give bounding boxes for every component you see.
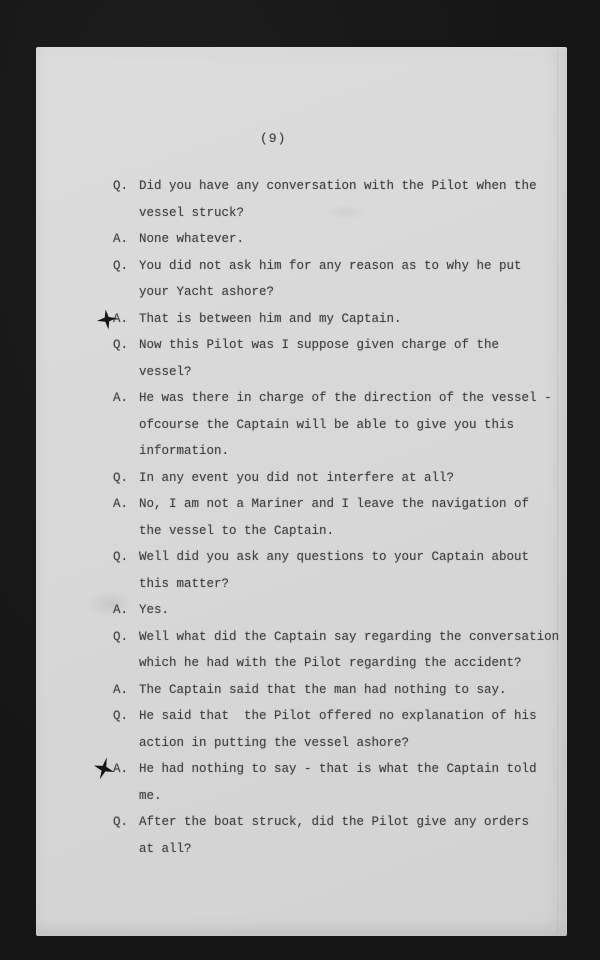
qa-text: None whatever. <box>139 226 563 253</box>
qa-entry: A.He had nothing to say - that is what t… <box>113 756 563 809</box>
qa-line: this matter? <box>139 571 563 598</box>
qa-entry: A.None whatever. <box>113 226 563 253</box>
qa-text: Well did you ask any questions to your C… <box>139 544 563 597</box>
qa-entry: A.No, I am not a Mariner and I leave the… <box>113 491 563 544</box>
qa-line: information. <box>139 438 563 465</box>
qa-text: That is between him and my Captain. <box>139 306 563 333</box>
qa-text: He had nothing to say - that is what the… <box>139 756 563 809</box>
qa-line: No, I am not a Mariner and I leave the n… <box>139 491 563 518</box>
qa-line: vessel? <box>139 359 563 386</box>
qa-line: action in putting the vessel ashore? <box>139 730 563 757</box>
qa-line: Well did you ask any questions to your C… <box>139 544 563 571</box>
qa-text: He said that the Pilot offered no explan… <box>139 703 563 756</box>
transcript-body: Q.Did you have any conversation with the… <box>113 173 563 862</box>
qa-speaker-label: Q. <box>113 544 139 597</box>
qa-entry: A.He was there in charge of the directio… <box>113 385 563 465</box>
qa-speaker-label: Q. <box>113 253 139 306</box>
page-number: (9) <box>260 131 286 146</box>
qa-line: ofcourse the Captain will be able to giv… <box>139 412 563 439</box>
qa-text: The Captain said that the man had nothin… <box>139 677 563 704</box>
qa-line: Did you have any conversation with the P… <box>139 173 563 200</box>
qa-line: The Captain said that the man had nothin… <box>139 677 563 704</box>
qa-text: In any event you did not interfere at al… <box>139 465 563 492</box>
qa-line: me. <box>139 783 563 810</box>
qa-entry: A.The Captain said that the man had noth… <box>113 677 563 704</box>
qa-speaker-label: Q. <box>113 703 139 756</box>
qa-speaker-label: Q. <box>113 624 139 677</box>
qa-speaker-label: A. <box>113 491 139 544</box>
qa-speaker-label: Q. <box>113 465 139 492</box>
qa-speaker-label: A. <box>113 385 139 465</box>
qa-entry: Q.He said that the Pilot offered no expl… <box>113 703 563 756</box>
qa-entry: A.That is between him and my Captain. <box>113 306 563 333</box>
qa-line: at all? <box>139 836 563 863</box>
qa-text: No, I am not a Mariner and I leave the n… <box>139 491 563 544</box>
qa-line: You did not ask him for any reason as to… <box>139 253 563 280</box>
qa-entry: A.Yes. <box>113 597 563 624</box>
qa-entry: Q.After the boat struck, did the Pilot g… <box>113 809 563 862</box>
qa-line: Yes. <box>139 597 563 624</box>
qa-speaker-label: Q. <box>113 809 139 862</box>
qa-text: Yes. <box>139 597 563 624</box>
qa-entry: Q.You did not ask him for any reason as … <box>113 253 563 306</box>
qa-line: That is between him and my Captain. <box>139 306 563 333</box>
qa-text: He was there in charge of the direction … <box>139 385 563 465</box>
qa-line: your Yacht ashore? <box>139 279 563 306</box>
document-page: (9) Q.Did you have any conversation with… <box>36 47 567 936</box>
qa-line: None whatever. <box>139 226 563 253</box>
qa-line: Well what did the Captain say regarding … <box>139 624 563 651</box>
qa-line: He said that the Pilot offered no explan… <box>139 703 563 730</box>
qa-line: He was there in charge of the direction … <box>139 385 563 412</box>
qa-text: Well what did the Captain say regarding … <box>139 624 563 677</box>
qa-speaker-label: A. <box>113 677 139 704</box>
smudge-mark <box>88 590 132 618</box>
qa-entry: Q.Well did you ask any questions to your… <box>113 544 563 597</box>
qa-speaker-label: Q. <box>113 173 139 226</box>
qa-text: After the boat struck, did the Pilot giv… <box>139 809 563 862</box>
qa-line: In any event you did not interfere at al… <box>139 465 563 492</box>
qa-line: which he had with the Pilot regarding th… <box>139 650 563 677</box>
qa-line: the vessel to the Captain. <box>139 518 563 545</box>
qa-line: He had nothing to say - that is what the… <box>139 756 563 783</box>
qa-entry: Q.Well what did the Captain say regardin… <box>113 624 563 677</box>
scan-background: (9) Q.Did you have any conversation with… <box>0 0 600 960</box>
qa-text: Now this Pilot was I suppose given charg… <box>139 332 563 385</box>
qa-entry: Q.In any event you did not interfere at … <box>113 465 563 492</box>
qa-line: Now this Pilot was I suppose given charg… <box>139 332 563 359</box>
ink-blot-star-icon <box>95 307 120 333</box>
smudge-mark <box>326 205 366 219</box>
qa-entry: Q.Now this Pilot was I suppose given cha… <box>113 332 563 385</box>
qa-line: After the boat struck, did the Pilot giv… <box>139 809 563 836</box>
qa-speaker-label: A. <box>113 226 139 253</box>
qa-speaker-label: Q. <box>113 332 139 385</box>
qa-text: You did not ask him for any reason as to… <box>139 253 563 306</box>
